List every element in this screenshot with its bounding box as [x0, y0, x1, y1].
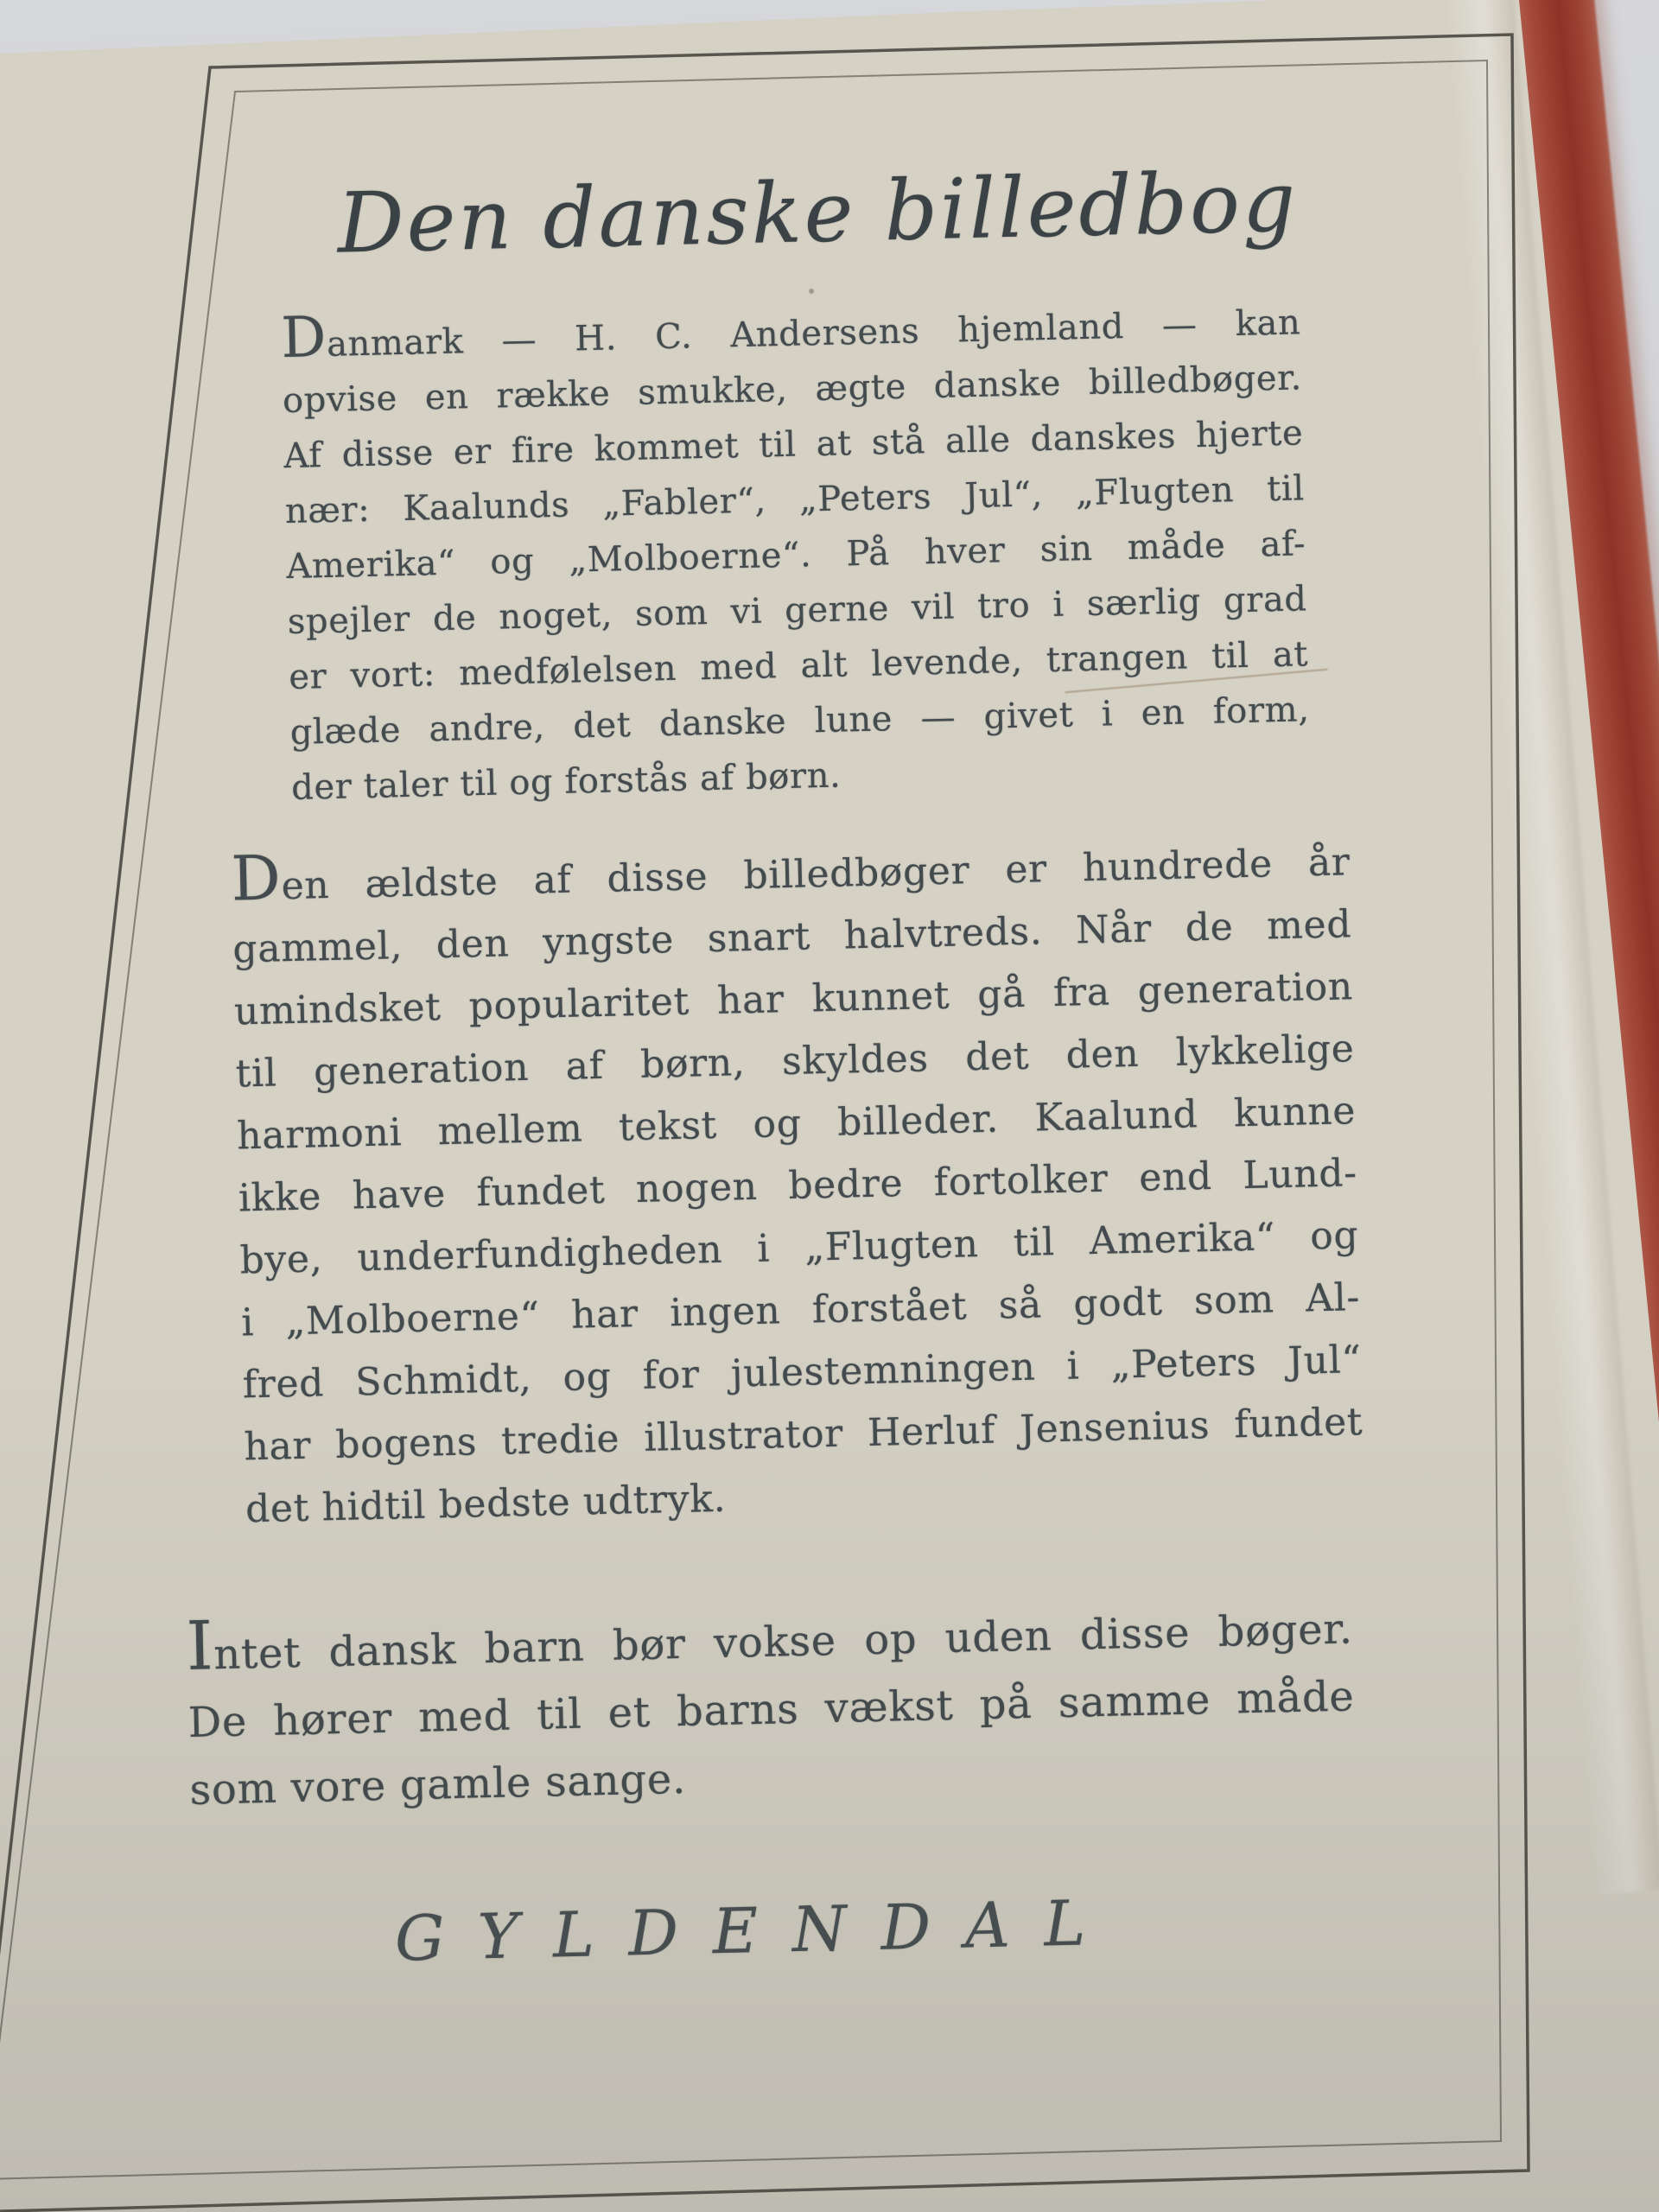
- printed-text-block: Den danske billedbog Danmark — H. C. And…: [298, 152, 1376, 1976]
- paragraph-history: Den ældste af disse billedbøger er hundr…: [231, 831, 1365, 1541]
- paragraph-intro: Danmark — H. C. Andersens hjemland — kan…: [281, 295, 1312, 816]
- photo-of-book-back-cover: Den danske billedbog Danmark — H. C. And…: [0, 0, 1659, 2212]
- paragraph-closing: Intet dansk barn bør vokse op uden disse…: [186, 1595, 1357, 1824]
